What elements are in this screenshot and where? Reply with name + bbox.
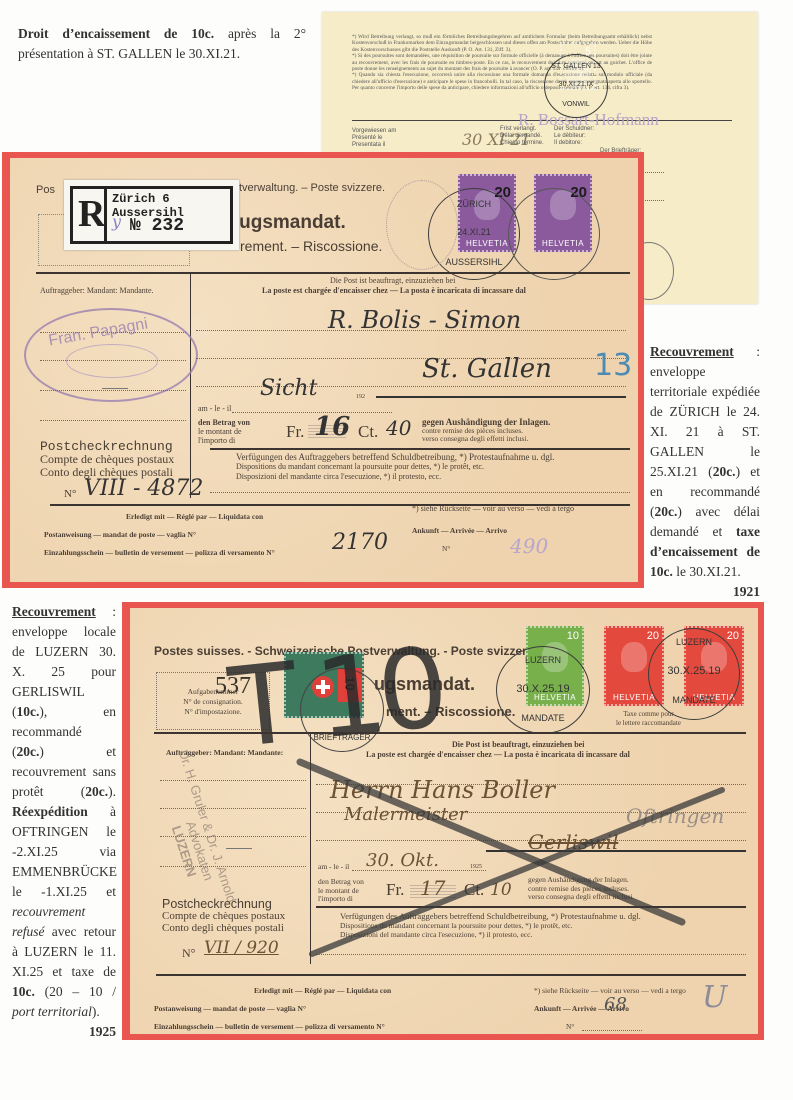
addressee-line-3: Sicht [260, 376, 317, 401]
registration-letter: R [78, 194, 105, 234]
cover-1921-subtitle: rement. – Riscossione. [240, 238, 382, 254]
back-card-postmark: ST. GALLEN 13 30.XI.21.IX VONWIL [544, 54, 608, 118]
caption-top: Droit d’encaissement de 10c. après la 2°… [18, 24, 306, 64]
amount-francs: 16 [314, 412, 350, 442]
caption-left-year: 1925 [89, 1022, 116, 1042]
instruction-de: Die Post ist beauftragt, einzuziehen bei [330, 276, 455, 285]
deposit-number: 2170 [332, 530, 388, 555]
see-back-label: *) siehe Rückseite — voir au verso — ved… [412, 504, 574, 513]
cover-1925: Postes suisses. - Schweizerische Postver… [122, 602, 764, 1040]
cancellation-cross [122, 602, 764, 1040]
caption-top-bold: Droit d’encaissement de 10c. [18, 26, 214, 41]
settled-label: Erledigt mit — Réglé par — Liquidata con [126, 512, 263, 521]
amount-label: den Betrag vonle montant del'importo di [198, 418, 250, 445]
addressee-line-2: St. Gallen [422, 354, 552, 384]
cover-1921: Pos Postverwaltung. – Poste svizzere. nz… [2, 152, 644, 588]
date-label: am - le - il [198, 404, 231, 413]
registration-label: R Zürich 6 Aussersihl № 232 y [64, 180, 239, 250]
postcheck-number: VIII - 4872 [84, 476, 203, 501]
cover-1921-header: Postverwaltung. – Poste svizzere. [220, 182, 385, 194]
addressee-line-1: R. Bolis - Simon [328, 306, 521, 334]
caption-right-year: 1921 [650, 582, 760, 602]
arrival-number: 490 [510, 534, 548, 558]
registration-number: № 232 [130, 216, 184, 236]
amount-centimes: 40 [386, 416, 411, 440]
deposit-slip-label: Einzahlungsschein — bulletin de versemen… [44, 548, 275, 557]
money-order-label: Postanweisung — mandat de poste — vaglia… [44, 530, 196, 539]
blue-mark: 13 [594, 348, 632, 383]
caption-left: Recouvrement : enveloppe locale de LUZER… [12, 602, 116, 1042]
mandant-label: Auftraggeber: Mandant: Mandante. [40, 286, 154, 295]
instruction-fr-it: La poste est chargée d'encaisser chez — … [262, 286, 526, 295]
presented-label: Vorgewiesen amPrésenté lePresentata il [352, 128, 396, 149]
caption-right: Recouvrement : enveloppe territoriale ex… [650, 342, 760, 602]
postmark-zurich-2 [508, 188, 600, 280]
dispositions: Verfügungen des Auftraggebers betreffend… [236, 452, 555, 482]
postcheck-label: Postcheckrechnung Compte de chèques post… [40, 440, 174, 479]
against-label: gegen Aushändigung der Inlagen.contre re… [422, 418, 550, 444]
arrival-label: Ankunft — Arrivée — Arrivo [412, 526, 507, 535]
